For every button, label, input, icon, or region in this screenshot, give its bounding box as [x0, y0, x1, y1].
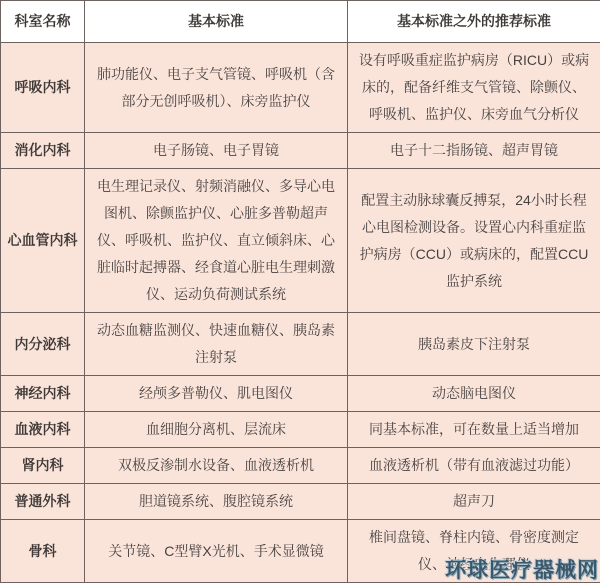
recommended-standard-cell: 配置主动脉球囊反搏泵，24小时长程心电图检测设备。设置心内科重症监护病房（CCU…: [348, 169, 600, 313]
column-header-recommended-standard: 基本标准之外的推荐标准: [348, 1, 600, 43]
basic-standard-cell: 动态血糖监测仪、快速血糖仪、胰岛素注射泵: [85, 313, 348, 376]
recommended-standard-cell: 电子十二指肠镜、超声胃镜: [348, 133, 600, 169]
basic-standard-cell: 血细胞分离机、层流床: [85, 412, 348, 448]
department-name-cell: 血液内科: [1, 412, 85, 448]
recommended-standard-cell: 超声刀: [348, 484, 600, 520]
table-row: 内分泌科动态血糖监测仪、快速血糖仪、胰岛素注射泵胰岛素皮下注射泵: [1, 313, 600, 376]
department-name-cell: 内分泌科: [1, 313, 85, 376]
recommended-standard-cell: 血液透析机（带有血液滤过功能）: [348, 448, 600, 484]
table-row: 肾内科双极反渗制水设备、血液透析机血液透析机（带有血液滤过功能）: [1, 448, 600, 484]
table-row: 心血管内科电生理记录仪、射频消融仪、多导心电图机、除颤监护仪、心脏多普勒超声仪、…: [1, 169, 600, 313]
table-row: 消化内科电子肠镜、电子胃镜电子十二指肠镜、超声胃镜: [1, 133, 600, 169]
recommended-standard-cell: 椎间盘镜、脊柱内镜、骨密度测定仪、神经电生理仪: [348, 520, 600, 583]
recommended-standard-cell: 动态脑电图仪: [348, 376, 600, 412]
basic-standard-cell: 关节镜、C型臂X光机、手术显微镜: [85, 520, 348, 583]
basic-standard-cell: 电生理记录仪、射频消融仪、多导心电图机、除颤监护仪、心脏多普勒超声仪、呼吸机、监…: [85, 169, 348, 313]
department-name-cell: 骨科: [1, 520, 85, 583]
column-header-department: 科室名称: [1, 1, 85, 43]
basic-standard-cell: 双极反渗制水设备、血液透析机: [85, 448, 348, 484]
recommended-standard-cell: 设有呼吸重症监护病房（RICU）或病床的，配备纤维支气管镜、除颤仪、呼吸机、监护…: [348, 43, 600, 133]
recommended-standard-cell: 同基本标准，可在数量上适当增加: [348, 412, 600, 448]
department-name-cell: 呼吸内科: [1, 43, 85, 133]
basic-standard-cell: 胆道镜系统、腹腔镜系统: [85, 484, 348, 520]
table-row: 骨科关节镜、C型臂X光机、手术显微镜椎间盘镜、脊柱内镜、骨密度测定仪、神经电生理…: [1, 520, 600, 583]
table-row: 神经内科经颅多普勒仪、肌电图仪动态脑电图仪: [1, 376, 600, 412]
table-row: 血液内科血细胞分离机、层流床同基本标准，可在数量上适当增加: [1, 412, 600, 448]
table-row: 普通外科胆道镜系统、腹腔镜系统超声刀: [1, 484, 600, 520]
department-name-cell: 普通外科: [1, 484, 85, 520]
department-name-cell: 心血管内科: [1, 169, 85, 313]
table-header-row: 科室名称 基本标准 基本标准之外的推荐标准: [1, 1, 600, 43]
basic-standard-cell: 肺功能仪、电子支气管镜、呼吸机（含部分无创呼吸机）、床旁监护仪: [85, 43, 348, 133]
basic-standard-cell: 电子肠镜、电子胃镜: [85, 133, 348, 169]
column-header-basic-standard: 基本标准: [85, 1, 348, 43]
table-row: 呼吸内科肺功能仪、电子支气管镜、呼吸机（含部分无创呼吸机）、床旁监护仪设有呼吸重…: [1, 43, 600, 133]
recommended-standard-cell: 胰岛素皮下注射泵: [348, 313, 600, 376]
department-name-cell: 神经内科: [1, 376, 85, 412]
department-name-cell: 肾内科: [1, 448, 85, 484]
table-body: 呼吸内科肺功能仪、电子支气管镜、呼吸机（含部分无创呼吸机）、床旁监护仪设有呼吸重…: [1, 43, 600, 583]
equipment-standards-page: 科室名称 基本标准 基本标准之外的推荐标准 呼吸内科肺功能仪、电子支气管镜、呼吸…: [0, 0, 600, 587]
equipment-standards-table: 科室名称 基本标准 基本标准之外的推荐标准 呼吸内科肺功能仪、电子支气管镜、呼吸…: [0, 0, 600, 583]
department-name-cell: 消化内科: [1, 133, 85, 169]
basic-standard-cell: 经颅多普勒仪、肌电图仪: [85, 376, 348, 412]
